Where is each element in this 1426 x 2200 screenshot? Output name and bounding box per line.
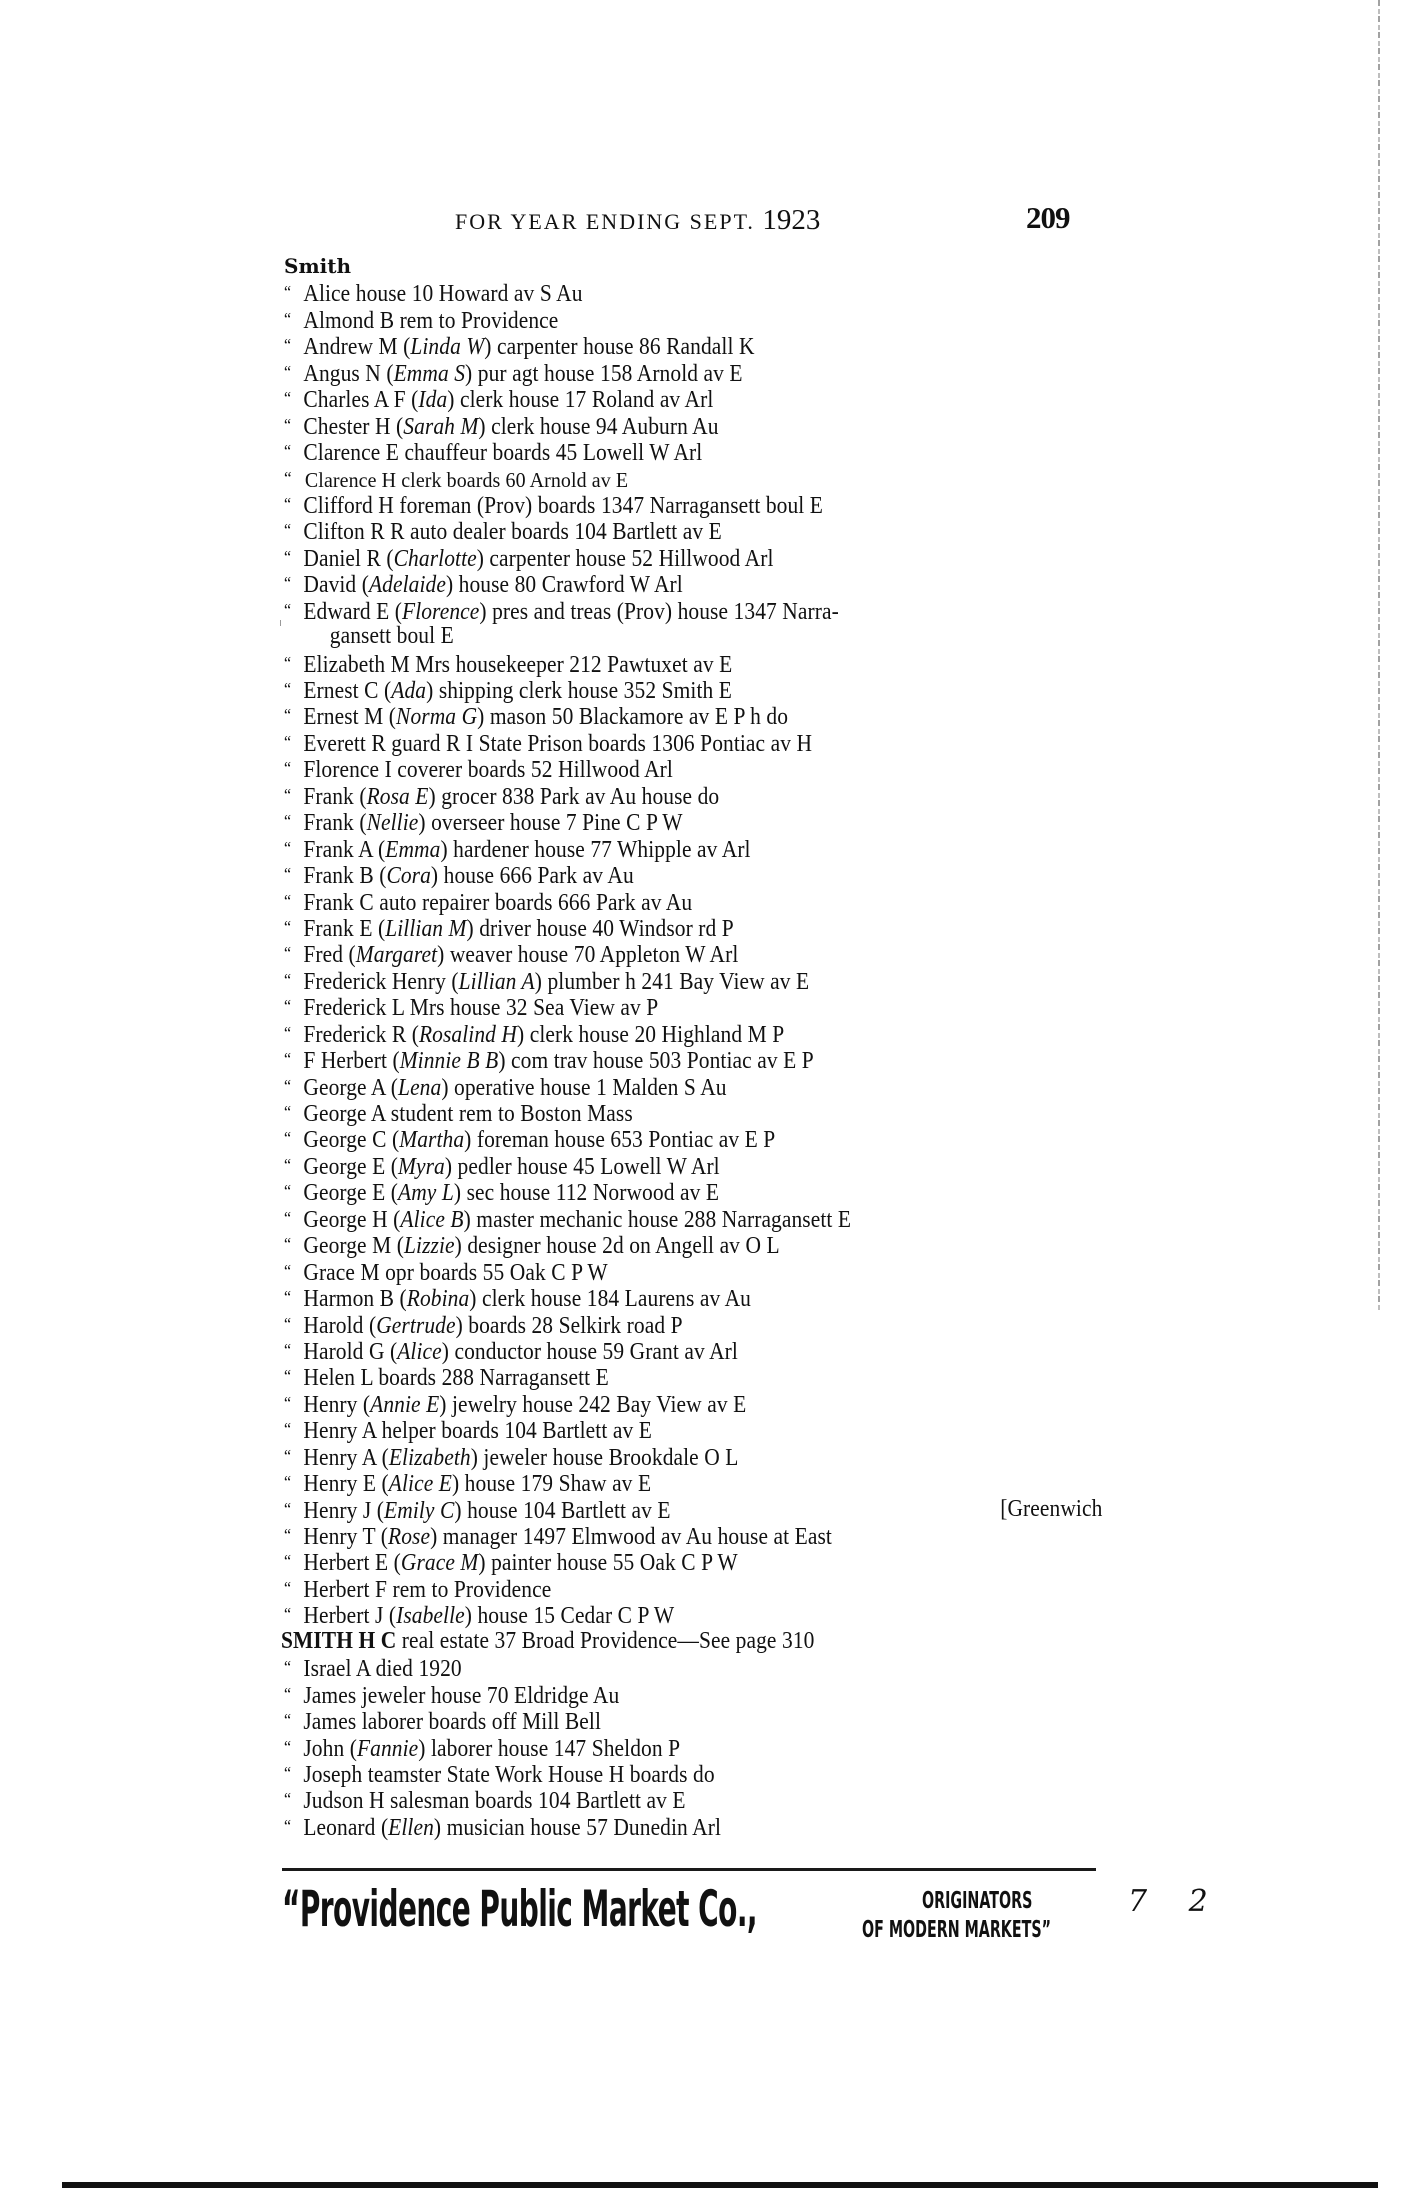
entry-given-name: Henry [303,1391,357,1418]
paren: ( [356,571,369,598]
entry-spouse: Adelaide [369,571,446,598]
advertisement-tagline-line1: ORIGINATORS [922,1888,1032,1914]
ditto-mark: “ [284,888,303,914]
ditto-mark: “ [284,1707,303,1733]
entry-details: boards 28 Selkirk road P [463,1312,683,1339]
paren: ( [343,941,356,968]
entry-given-name: Harold [303,1312,363,1339]
ditto-mark: “ [284,1760,303,1786]
ditto-mark: “ [284,782,303,808]
ditto-mark: “ [284,1258,303,1284]
directory-entry: “Fred (Margaret) weaver house 70 Appleto… [284,940,1006,966]
entry-details: rem to Providence [394,307,558,334]
directory-entry: “Elizabeth M Mrs housekeeper 212 Pawtuxe… [284,650,1006,676]
entry-spouse: Norma G [396,703,477,730]
directory-entry: “Alice house 10 Howard av S Au [284,279,1006,305]
directory-listing: Smith “Alice house 10 Howard av S Au“Alm… [284,253,1104,1839]
entry-spouse: Annie E [370,1391,439,1418]
directory-entry: “George C (Martha) foreman house 653 Pon… [284,1125,1006,1151]
paren: ) [467,915,474,942]
ditto-mark: “ [284,1786,303,1812]
paren: ( [446,968,459,995]
entry-details: clerk house 17 Roland av Arl [455,386,714,413]
entry-spouse: Linda W [410,333,484,360]
entry-spouse: Fannie [357,1735,418,1762]
directory-entry: “Frederick R (Rosalind H) clerk house 20… [284,1020,1006,1046]
entry-given-name: Herbert F [303,1576,387,1603]
entry-given-name: Frank B [303,862,373,889]
entry-given-name: George M [303,1232,391,1259]
entry-given-name: Judson H [303,1787,384,1814]
paren: ) [445,1153,452,1180]
entry-given-name: Joseph [303,1761,362,1788]
entry-details: musician house 57 Dunedin Arl [441,1814,721,1841]
entry-spouse: Gertrude [376,1312,455,1339]
ditto-mark: “ [284,306,303,332]
paren: ) [441,1074,448,1101]
entry-spouse: Ida [418,386,447,413]
handwritten-annotation: 7 2 [1128,1884,1224,1919]
paren: ( [364,1312,377,1339]
paren: ( [398,333,411,360]
paren: ) [477,703,484,730]
paren: ( [373,915,386,942]
entry-given-name: Andrew M [303,333,397,360]
entry-details: foreman (Prov) boards 1347 Narragansett … [394,492,823,519]
listing-end-rule [282,1868,1096,1871]
directory-entry: “Leonard (Ellen) musician house 57 Duned… [284,1813,1006,1839]
paren: ( [376,1470,389,1497]
directory-entry: “Clifton R R auto dealer boards 104 Bart… [284,517,1006,543]
directory-entry: “Clarence E chauffeur boards 45 Lowell W… [284,438,1006,464]
entry-details: manager 1497 Elmwood av Au house at East [437,1523,832,1550]
ditto-mark: “ [284,1443,303,1469]
entry-details: pedler house 45 Lowell W Arl [452,1153,720,1180]
entry-given-name: Leonard [303,1814,375,1841]
entry-spouse: Martha [399,1126,464,1153]
scan-bottom-edge [62,2182,1378,2188]
entry-details: laborer house 147 Sheldon P [426,1735,681,1762]
ditto-mark: “ [284,385,303,411]
ditto-mark: “ [284,1601,303,1627]
entry-details: pres and treas (Prov) house 1347 Narra- [487,598,839,625]
ditto-mark: “ [284,1020,303,1046]
ditto-mark: “ [284,1496,303,1522]
entry-details: foreman house 653 Pontiac av E P [471,1126,775,1153]
paren: ) [469,1285,476,1312]
running-title-text: FOR YEAR ENDING SEPT. [455,209,755,234]
entry-details: shipping clerk house 352 Smith E [433,677,732,704]
entry-given-name: Herbert E [303,1549,388,1576]
paren: ) [454,1497,461,1524]
ditto-mark: “ [284,1337,303,1363]
entry-details: plumber h 241 Bay View av E [542,968,809,995]
paren: ) [418,1735,425,1762]
directory-entry: “Henry J (Emily C) house 104 Bartlett av… [284,1496,1006,1522]
ditto-mark: “ [284,1311,303,1337]
paren: ( [371,1497,384,1524]
paren: ) [440,836,447,863]
entry-given-name: Henry A [303,1417,376,1444]
ditto-mark: “ [284,570,303,596]
entry-given-name: Edward E [303,598,389,625]
entry-given-name: George E [303,1153,385,1180]
directory-entry: “Andrew M (Linda W) carpenter house 86 R… [284,332,1006,358]
page-number: 209 [1026,200,1070,236]
directory-entry: “Clifford H foreman (Prov) boards 1347 N… [284,491,1006,517]
directory-entry: “George H (Alice B) master mechanic hous… [284,1205,1006,1231]
directory-entry: “Frank A (Emma) hardener house 77 Whippl… [284,835,1006,861]
directory-entry: “Herbert F rem to Providence [284,1575,1006,1601]
entry-spouse: Charlotte [394,545,477,572]
directory-entry: “Daniel R (Charlotte) carpenter house 52… [284,544,1006,570]
entry-given-name: Frederick L Mrs [303,994,444,1021]
paren: ( [357,1391,370,1418]
entry-details: driver house 40 Windsor rd P [474,915,734,942]
paren: ( [354,783,367,810]
entry-details: chauffeur boards 45 Lowell W Arl [399,439,702,466]
entry-details: opr boards 55 Oak C P W [380,1259,608,1286]
directory-entry: “George A (Lena) operative house 1 Malde… [284,1073,1006,1099]
ditto-mark: “ [284,1469,303,1495]
ditto-mark: “ [284,1390,303,1416]
entry-details: house 80 Crawford W Arl [453,571,683,598]
ditto-mark: “ [284,861,303,887]
entry-given-name: Charles A F [303,386,405,413]
paren: ( [388,1206,401,1233]
entry-details: com trav house 503 Pontiac av E P [506,1047,814,1074]
paren: ( [383,703,396,730]
entry-spouse: Alice E [389,1470,452,1497]
entry-details: jeweler house 70 Eldridge Au [356,1682,619,1709]
ditto-mark: “ [284,1813,303,1839]
entry-details: laborer boards off Mill Bell [356,1708,601,1735]
entry-spouse: Emma [385,836,440,863]
ditto-mark: “ [284,1575,303,1601]
directory-entry: “Henry T (Rose) manager 1497 Elmwood av … [284,1522,1006,1548]
entry-spouse: Emma S [394,360,465,387]
paren: ( [387,1126,400,1153]
directory-entry: “Helen L boards 288 Narragansett E [284,1363,1006,1389]
directory-entry: “Frank (Nellie) overseer house 7 Pine C … [284,808,1006,834]
entry-details: rem to Providence [387,1576,551,1603]
entry-given-name: Angus N [303,360,381,387]
paren: ) [434,1814,441,1841]
directory-entry: “James jeweler house 70 Eldridge Au [284,1681,1006,1707]
entry-spouse: Rosalind H [419,1021,517,1048]
surname-heading: Smith [284,253,1104,279]
entry-details: overseer house 7 Pine C P W [426,809,683,836]
entry-given-name: Frank [303,809,354,836]
directory-entry: “Harmon B (Robina) clerk house 184 Laure… [284,1284,1006,1310]
entry-spouse: Myra [398,1153,445,1180]
paren: ( [391,413,404,440]
ditto-mark: “ [284,544,303,570]
directory-entry: “Charles A F (Ida) clerk house 17 Roland… [284,385,1006,411]
ditto-mark: “ [284,835,303,861]
entry-spouse: Nellie [367,809,419,836]
entry-details: house 179 Shaw av E [459,1470,651,1497]
entry-spouse: Lena [398,1074,441,1101]
entry-given-name: Clarence H [305,468,396,492]
paren: ( [379,677,392,704]
entry-spouse: Alice [397,1338,442,1365]
entry-given-name: Daniel R [303,545,381,572]
entry-details: painter house 55 Oak C P W [486,1549,738,1576]
entry-given-name: Helen L [303,1364,373,1391]
ditto-mark: “ [284,1205,303,1231]
entry-details: weaver house 70 Appleton W Arl [444,941,738,968]
paren: ( [406,1021,419,1048]
ditto-mark: “ [284,1363,303,1389]
entry-details: operative house 1 Malden S Au [449,1074,727,1101]
directory-entry: “Frank B (Cora) house 666 Park av Au [284,861,1006,887]
directory-entry: “John (Fannie) laborer house 147 Sheldon… [284,1734,1006,1760]
entry-given-name: Ernest M [303,703,383,730]
entry-given-name: Elizabeth M Mrs [303,651,450,678]
directory-entry: “Henry E (Alice E) house 179 Shaw av E [284,1469,1006,1495]
paren: ( [375,1523,388,1550]
directory-entry: “Edward E (Florence) pres and treas (Pro… [284,597,1006,623]
entry-given-name: Frank A [303,836,372,863]
entry-details: house 15 Cedar C P W [472,1602,674,1629]
entry-given-name: Israel A [303,1655,370,1682]
ditto-mark: “ [284,465,305,491]
ditto-mark: “ [284,993,303,1019]
paren: ( [385,1153,398,1180]
ditto-mark: “ [284,1231,303,1257]
directory-entry: “Henry A (Elizabeth) jeweler house Brook… [284,1443,1006,1469]
directory-entry: “David (Adelaide) house 80 Crawford W Ar… [284,570,1006,596]
entry-given-name: George C [303,1126,386,1153]
directory-entry: “Judson H salesman boards 104 Bartlett a… [284,1786,1006,1812]
ditto-mark: “ [284,359,303,385]
entry-details: master mechanic house 288 Narragansett E [471,1206,851,1233]
entry-details: designer house 2d on Angell av O L [462,1232,780,1259]
entry-details: auto repairer boards 666 Park av Au [374,889,692,916]
ditto-mark: “ [284,967,303,993]
entry-given-name: Frederick Henry [303,968,446,995]
paren: ( [385,1074,398,1101]
ditto-mark: “ [284,755,303,781]
advertisement-banner: “Providence Public Market Co., ORIGINATO… [282,1880,1142,1960]
paren: ) [465,1602,472,1629]
entry-spouse: Rosa E [367,783,429,810]
paren: ) [439,1391,446,1418]
paren: ( [383,1602,396,1629]
entry-spouse: Alice B [400,1206,463,1233]
entry-details: boards 288 Narragansett E [373,1364,609,1391]
entry-details: auto dealer boards 104 Bartlett av E [405,518,722,545]
entry-spouse: Lizzie [404,1232,455,1259]
entry-given-name: Grace M [303,1259,379,1286]
directory-entry: “Henry (Annie E) jewelry house 242 Bay V… [284,1390,1006,1416]
ditto-mark: “ [284,1548,303,1574]
ditto-mark: “ [284,1152,303,1178]
directory-entry: “Almond B rem to Providence [284,306,1006,332]
entry-continuation: gansett boul E [330,622,454,649]
entry-given-name: Clarence E [303,439,399,466]
entry-details: coverer boards 52 Hillwood Arl [392,756,673,783]
entry-given-name: Frank C [303,889,373,916]
entry-details: house 666 Park av Au [438,862,634,889]
directory-entry: “Ernest C (Ada) shipping clerk house 352… [284,676,1006,702]
entry-details: grocer 838 Park av Au house do [436,783,719,810]
entry-details: housekeeper 212 Pawtuxet av E [450,651,732,678]
entry-given-name: Frank [303,783,354,810]
ditto-mark: “ [284,702,303,728]
paren: ( [385,1179,398,1206]
entry-given-name: Chester H [303,413,390,440]
ditto-mark: “ [284,1073,303,1099]
entry-details: jewelry house 242 Bay View av E [447,1391,747,1418]
entry-spouse: Sarah M [403,413,478,440]
paren: ( [344,1735,357,1762]
entry-given-name: David [303,571,356,598]
paren: ( [376,1444,389,1471]
directory-entry: “Frederick Henry (Lillian A) plumber h 2… [284,967,1006,993]
ditto-mark: “ [284,279,303,305]
entry-details: conductor house 59 Grant av Arl [449,1338,738,1365]
entry-details: carpenter house 52 Hillwood Arl [484,545,774,572]
entry-spouse: Ada [391,677,426,704]
ditto-mark: “ [284,332,303,358]
page-header: FOR YEAR ENDING SEPT. 1923 209 [0,200,1426,240]
entry-details: real estate 37 Broad Providence—See page… [396,1627,814,1654]
entry-given-name: George A [303,1100,385,1127]
ditto-mark: “ [284,412,303,438]
paren: ) [517,1021,524,1048]
entry-spouse: Emily C [384,1497,454,1524]
paren: ) [484,333,491,360]
ditto-mark: “ [284,1734,303,1760]
entry-details: pur agt house 158 Arnold av E [472,360,742,387]
entry-given-name: Clifton R R [303,518,404,545]
paren: ( [385,1338,398,1365]
entry-details: helper boards 104 Bartlett av E [376,1417,652,1444]
ditto-mark: “ [284,729,303,755]
paren: ( [381,360,394,387]
directory-entry: “Frank C auto repairer boards 666 Park a… [284,888,1006,914]
directory-entry: “Frank E (Lillian M) driver house 40 Win… [284,914,1006,940]
entry-details: house 10 Howard av S Au [350,280,582,307]
entry-given-name: Harmon B [303,1285,394,1312]
entry-list: “Alice house 10 Howard av S Au“Almond B … [284,279,1104,1839]
entry-given-name: Henry E [303,1470,376,1497]
paren: ) [464,1126,471,1153]
ditto-mark: “ [284,1099,303,1125]
entry-given-name: F Herbert [303,1047,387,1074]
ditto-mark: “ [284,1654,303,1680]
directory-entry: “George M (Lizzie) designer house 2d on … [284,1231,1006,1257]
paren: ) [498,1047,505,1074]
entry-spouse: Rose [388,1523,430,1550]
entry-given-name: Frank E [303,915,372,942]
directory-entry: “Grace M opr boards 55 Oak C P W [284,1258,1006,1284]
paren: ) [442,1338,449,1365]
running-title-year: 1923 [762,204,820,236]
entry-details: house 32 Sea View av P [445,994,659,1021]
entry-given-name: Clifford H [303,492,394,519]
entry-spouse: Ellen [388,1814,434,1841]
entry-given-name: Almond B [303,307,394,334]
paren: ( [381,545,394,572]
entry-spouse: Isabelle [396,1602,465,1629]
ditto-mark: “ [284,676,303,702]
directory-entry: “Angus N (Emma S) pur agt house 158 Arno… [284,359,1006,385]
directory-entry: “Herbert J (Isabelle) house 15 Cedar C P… [284,1601,1006,1627]
ditto-mark: “ [284,1416,303,1442]
entry-given-name: George H [303,1206,387,1233]
entry-given-name: Alice [303,280,350,307]
paren: ) [465,360,472,387]
entry-details: teamster State Work House H boards do [362,1761,714,1788]
entry-given-name: Frederick R [303,1021,406,1048]
directory-entry: “Joseph teamster State Work House H boar… [284,1760,1006,1786]
entry-details: house 104 Bartlett av E [462,1497,671,1524]
entry-spouse: Elizabeth [389,1444,471,1471]
paren: ( [394,1285,407,1312]
entry-bold-name: SMITH H C [281,1627,396,1654]
ditto-mark: “ [284,914,303,940]
paren: ( [374,862,387,889]
directory-entry: “Ernest M (Norma G) mason 50 Blackamore … [284,702,1006,728]
paren: ( [389,598,402,625]
ditto-mark: “ [284,1681,303,1707]
ditto-mark: “ [284,650,303,676]
scan-edge-line [1378,0,1380,1310]
paren: ) [418,809,425,836]
entry-details: sec house 112 Norwood av E [461,1179,719,1206]
running-title: FOR YEAR ENDING SEPT. 1923 [455,204,820,237]
entry-spouse: Minnie B B [400,1047,499,1074]
directory-entry: “Everett R guard R I State Prison boards… [284,729,1006,755]
paren: ( [406,386,419,413]
entry-details: hardener house 77 Whipple av Arl [448,836,751,863]
entry-details: clerk boards 60 Arnold av E [396,468,628,492]
directory-entry: SMITH H C real estate 37 Broad Providenc… [281,1628,1005,1654]
entry-given-name: Florence I [303,756,391,783]
entry-given-name: Fred [303,941,343,968]
entry-details: clerk house 94 Auburn Au [486,413,719,440]
ditto-mark: “ [284,808,303,834]
paren: ) [447,386,454,413]
paren: ( [354,809,367,836]
ditto-mark: “ [284,438,303,464]
ditto-mark: “ [284,1178,303,1204]
entry-spouse: Robina [407,1285,470,1312]
ditto-mark: “ [284,597,303,623]
entry-given-name: Herbert J [303,1602,383,1629]
directory-entry: “Harold (Gertrude) boards 28 Selkirk roa… [284,1311,1006,1337]
entry-spouse: Florence [402,598,479,625]
entry-spouse: Cora [386,862,430,889]
directory-entry: “Clarence H clerk boards 60 Arnold av E [284,465,1063,491]
entry-details: guard R I State Prison boards 1306 Ponti… [386,730,812,757]
ditto-mark: “ [284,1125,303,1151]
directory-entry: “George E (Amy L) sec house 112 Norwood … [284,1178,1006,1204]
ditto-mark: “ [284,940,303,966]
ditto-mark: “ [284,517,303,543]
entry-given-name: George A [303,1074,385,1101]
directory-entry: “Israel A died 1920 [284,1654,1006,1680]
directory-entry: “James laborer boards off Mill Bell [284,1707,1006,1733]
entry-details: jeweler house Brookdale O L [478,1444,739,1471]
margin-mark [280,620,281,626]
paren: ) [426,677,433,704]
directory-entry: “Chester H (Sarah M) clerk house 94 Aubu… [284,412,1006,438]
entry-details: clerk house 20 Highland M P [524,1021,784,1048]
